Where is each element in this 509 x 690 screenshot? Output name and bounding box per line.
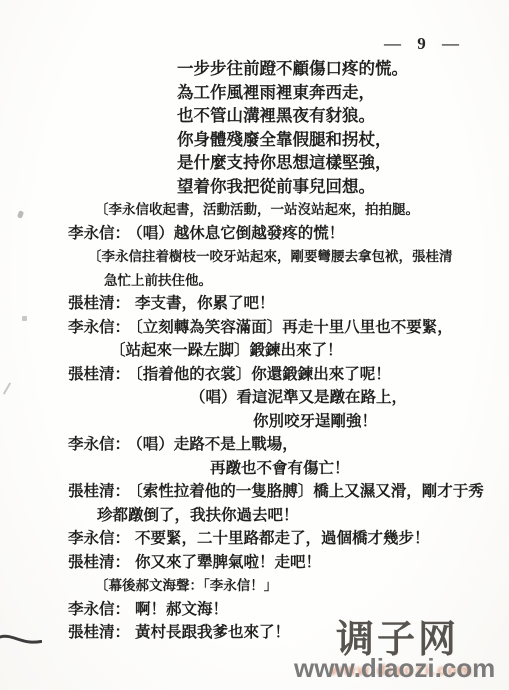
scan-artifact-speck — [22, 316, 27, 321]
speaker-name: 張桂清： — [68, 483, 130, 500]
script-line: 再蹾也不會有傷亡！ — [210, 457, 509, 481]
line-text: （唱）走路不是上戰場， — [135, 436, 298, 453]
line-text: 黃村長跟我爹也來了！ — [135, 624, 290, 641]
line-text: 〔指着他的衣裳〕你還鍛鍊出來了呢！ — [135, 366, 391, 383]
script-line: 〔幕後郝文海聲：「李永信！」 — [95, 574, 509, 598]
line-text: 也不管山溝裡黑夜有豺狼。 — [177, 106, 375, 125]
script-line: 望着你我把從前事兒回想。 — [177, 175, 509, 199]
line-text: 〔幕後郝文海聲：「李永信！」 — [95, 578, 277, 593]
script-line: 〔站起來一跺左脚〕鍛鍊出來了！ — [110, 339, 509, 363]
line-text: 李支書，你累了吧！ — [135, 295, 275, 312]
script-line: 張桂清：〔索性拉着他的一隻胳膊〕橋上又濕又滑，剛才于秀 — [68, 480, 509, 504]
line-text: 一步步往前蹬不顧傷口疼的慌。 — [177, 59, 408, 78]
scan-artifact-dash — [0, 633, 42, 645]
speaker-name: 李永信： — [68, 319, 130, 336]
line-text: 再蹾也不會有傷亡！ — [210, 460, 350, 477]
speaker-name: 李永信： — [68, 225, 130, 242]
line-text: （唱）看這泥準又是蹾在路上， — [190, 389, 407, 406]
script-line: 張桂清：你又來了犟脾氣啦！走吧！ — [68, 551, 509, 575]
line-text: 急忙上前扶住他。 — [104, 273, 212, 288]
line-text: 〔索性拉着他的一隻胳膊〕橋上又濕又滑，剛才于秀 — [135, 483, 484, 500]
speaker-name: 李永信： — [68, 530, 130, 547]
page-number: — 9 — — [384, 34, 465, 54]
line-text: 〔立刻轉為笑容滿面〕再走十里八里也不要緊， — [135, 319, 453, 336]
line-text: 〔李永信拄着樹枝一咬牙站起來，剛要彎腰去拿包袱，張桂清 — [88, 249, 453, 264]
speaker-name: 張桂清： — [68, 366, 130, 383]
line-text: 珍都蹾倒了，我扶你過去吧！ — [97, 507, 299, 524]
script-line: 珍都蹾倒了，我扶你過去吧！ — [97, 504, 509, 528]
script-line: 為工作風裡雨裡東奔西走， — [177, 81, 509, 105]
script-line: 也不管山溝裡黑夜有豺狼。 — [177, 104, 509, 128]
line-text: （唱）越休息它倒越發疼的慌！ — [135, 225, 344, 242]
line-text: 你又來了犟脾氣啦！走吧！ — [135, 554, 321, 571]
script-line: （唱）看這泥準又是蹾在路上， — [190, 386, 509, 410]
line-text: 〔李永信收起書，活動活動，一站沒站起來，拍拍腿。 — [95, 202, 419, 217]
line-text: 望着你我把從前事兒回想。 — [177, 177, 375, 196]
script-line: 李永信：（唱）越休息它倒越發疼的慌！ — [68, 222, 509, 246]
script-line: 你別咬牙逞剛強！ — [253, 410, 509, 434]
line-text: 為工作風裡雨裡東奔西走， — [177, 83, 375, 102]
script-line: 〔李永信拄着樹枝一咬牙站起來，剛要彎腰去拿包袱，張桂清 — [88, 245, 509, 269]
line-text: 〔站起來一跺左脚〕鍛鍊出來了！ — [110, 342, 343, 359]
watermark-site-url: www.diaozi.com — [294, 653, 495, 684]
script-body: 一步步往前蹬不顧傷口疼的慌。為工作風裡雨裡東奔西走，也不管山溝裡黑夜有豺狼。你身… — [0, 57, 509, 645]
script-line: 是什麼支持你思想這樣堅強， — [177, 151, 509, 175]
line-text: 啊！郝文海！ — [135, 601, 228, 618]
scanned-script-page: — 9 — 一步步往前蹬不顧傷口疼的慌。為工作風裡雨裡東奔西走，也不管山溝裡黑夜… — [0, 0, 509, 690]
line-text: 不要緊，二十里路都走了，過個橋才幾步！ — [135, 530, 430, 547]
script-line: 李永信：〔立刻轉為笑容滿面〕再走十里八里也不要緊， — [68, 316, 509, 340]
speaker-name: 張桂清： — [68, 624, 130, 641]
script-line: 你身體殘廢全靠假腿和拐杖， — [177, 128, 509, 152]
script-line: 一步步往前蹬不顧傷口疼的慌。 — [177, 57, 509, 81]
script-line: 李永信：不要緊，二十里路都走了，過個橋才幾步！ — [68, 527, 509, 551]
line-text: 你身體殘廢全靠假腿和拐杖， — [177, 130, 392, 149]
script-line: 李永信：（唱）走路不是上戰場， — [68, 433, 509, 457]
script-line: 〔李永信收起書，活動活動，一站沒站起來，拍拍腿。 — [95, 198, 509, 222]
speaker-name: 張桂清： — [68, 295, 130, 312]
speaker-name: 李永信： — [68, 601, 130, 618]
script-line: 急忙上前扶住他。 — [104, 269, 509, 293]
script-line: 張桂清：李支書，你累了吧！ — [68, 292, 509, 316]
line-text: 是什麼支持你思想這樣堅強， — [177, 153, 392, 172]
script-line: 張桂清：〔指着他的衣裳〕你還鍛鍊出來了呢！ — [68, 363, 509, 387]
speaker-name: 張桂清： — [68, 554, 130, 571]
speaker-name: 李永信： — [68, 436, 130, 453]
line-text: 你別咬牙逞剛強！ — [253, 413, 377, 430]
